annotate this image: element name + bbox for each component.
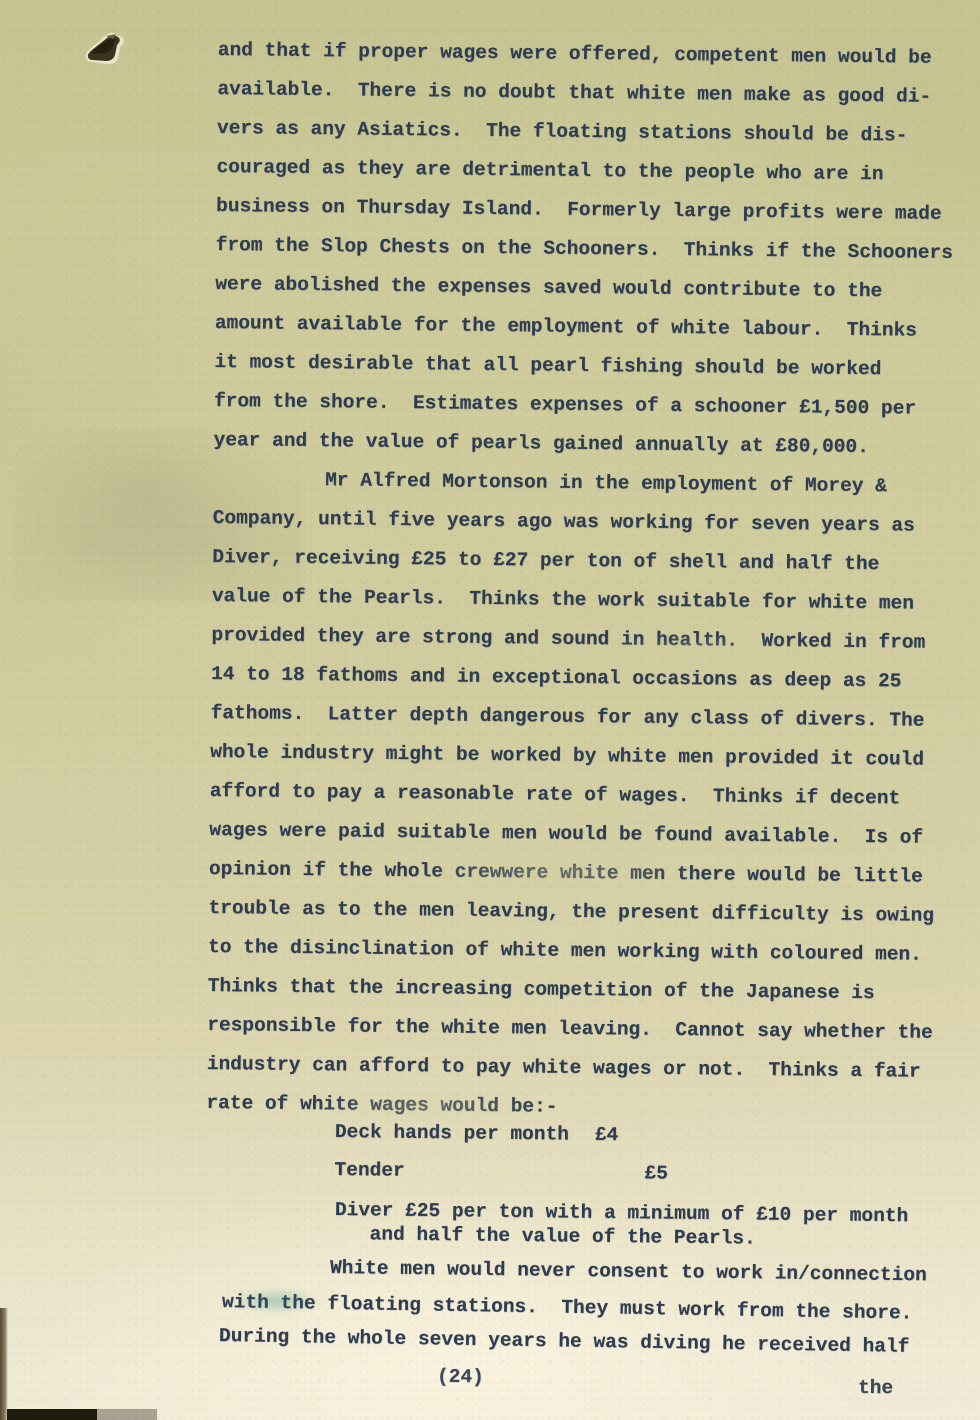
diver-wage-entry: Diver £25 per ton with a minimum of £10 … [334, 1198, 908, 1252]
wage-label: Deck hands per month [335, 1122, 595, 1146]
page-number: (24) [437, 1366, 484, 1389]
wage-row: Tender £5 [334, 1160, 894, 1204]
scan-edge-left [0, 1308, 8, 1420]
wage-label: Tender [334, 1160, 594, 1184]
wage-value: £5 [644, 1163, 668, 1184]
catchword: the [858, 1377, 893, 1399]
ink-smudge [238, 1288, 324, 1314]
scan-edge-bottom [7, 1409, 97, 1420]
wage-value: £4 [595, 1125, 619, 1146]
wage-row: Deck hands per month £4 [335, 1122, 895, 1166]
punch-hole [80, 24, 138, 81]
punch-hole-shape [80, 24, 138, 76]
wage-list: Deck hands per month £4 Tender £5 [334, 1122, 895, 1204]
body-text: and that if proper wages were offered, c… [206, 31, 978, 1131]
